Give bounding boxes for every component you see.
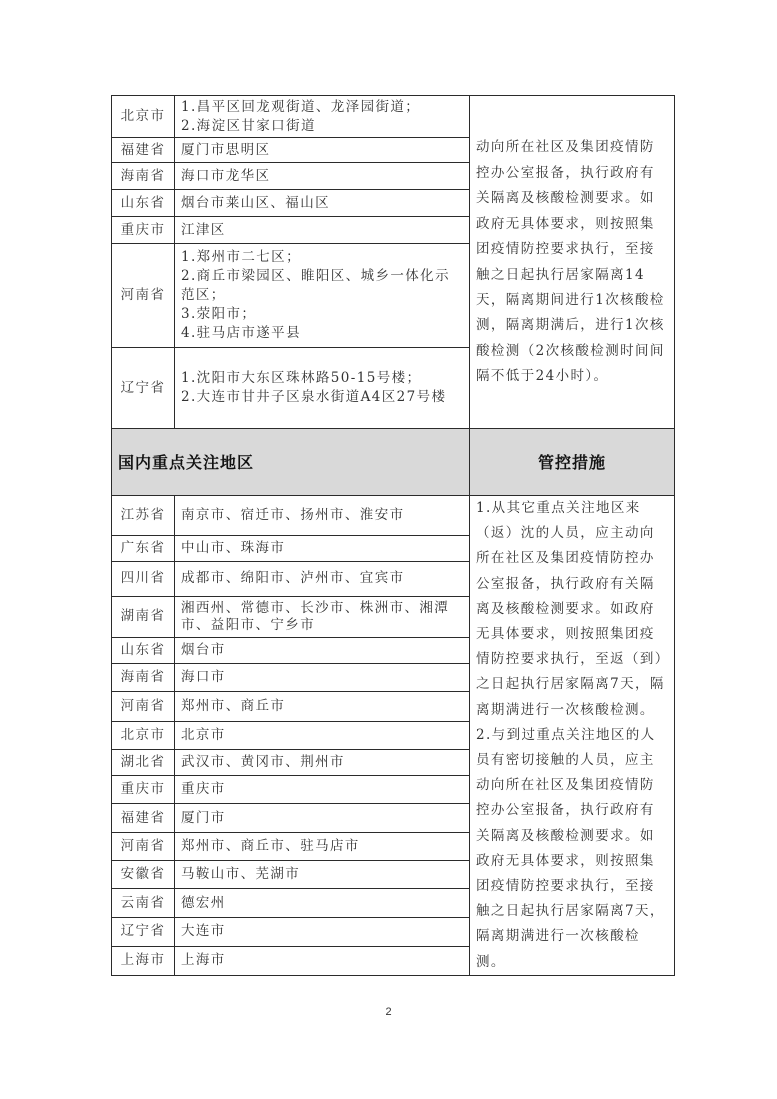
- province-cell: 湖南省: [112, 596, 175, 637]
- areas-cell: 重庆市: [175, 776, 470, 804]
- areas-cell: 烟台市莱山区、福山区: [175, 190, 470, 217]
- areas-cell: 海口市: [175, 664, 470, 691]
- areas-cell: 北京市: [175, 721, 470, 749]
- areas-cell: 南京市、宿迁市、扬州市、淮安市: [175, 496, 470, 536]
- province-cell: 安徽省: [112, 860, 175, 888]
- province-cell: 辽宁省: [112, 348, 175, 429]
- areas-cell: 郑州市、商丘市、驻马店市: [175, 832, 470, 860]
- control-measures-cell: 1.从其它重点关注地区来（返）沈的人员，应主动向所在社区及集团疫情防控办公室报备…: [470, 496, 675, 976]
- province-cell: 四川省: [112, 561, 175, 596]
- control-areas-table: 北京市 1.昌平区回龙观街道、龙泽园街道； 2.海淀区甘家口街道 动向所在社区及…: [111, 95, 675, 976]
- province-cell: 海南省: [112, 163, 175, 190]
- areas-cell: 武汉市、黄冈市、荆州市: [175, 749, 470, 775]
- areas-header: 国内重点关注地区: [112, 429, 470, 496]
- areas-cell: 江津区: [175, 217, 470, 244]
- province-cell: 海南省: [112, 664, 175, 691]
- areas-cell: 1.昌平区回龙观街道、龙泽园街道； 2.海淀区甘家口街道: [175, 96, 470, 138]
- areas-cell: 1.郑州市二七区； 2.商丘市梁园区、睢阳区、城乡一体化示范区； 3.荥阳市； …: [175, 244, 470, 348]
- areas-cell: 德宏州: [175, 889, 470, 918]
- areas-cell: 中山市、珠海市: [175, 536, 470, 561]
- province-cell: 山东省: [112, 638, 175, 664]
- province-cell: 河南省: [112, 691, 175, 721]
- province-cell: 河南省: [112, 244, 175, 348]
- areas-cell: 郑州市、商丘市: [175, 691, 470, 721]
- areas-cell: 上海市: [175, 946, 470, 975]
- province-cell: 湖北省: [112, 749, 175, 775]
- areas-cell: 烟台市: [175, 638, 470, 664]
- areas-cell: 海口市龙华区: [175, 163, 470, 190]
- areas-cell: 大连市: [175, 918, 470, 946]
- province-cell: 重庆市: [112, 217, 175, 244]
- province-cell: 上海市: [112, 946, 175, 975]
- areas-cell: 厦门市: [175, 804, 470, 832]
- province-cell: 河南省: [112, 832, 175, 860]
- province-cell: 江苏省: [112, 496, 175, 536]
- measure-item: 1.从其它重点关注地区来（返）沈的人员，应主动向所在社区及集团疫情防控办公室报备…: [476, 496, 668, 723]
- areas-cell: 成都市、绵阳市、泸州市、宜宾市: [175, 561, 470, 596]
- section-header-row: 国内重点关注地区 管控措施: [112, 429, 675, 496]
- areas-cell: 马鞍山市、芜湖市: [175, 860, 470, 888]
- measure-item: 2.与到过重点关注地区的人员有密切接触的人员，应主动向所在社区及集团疫情防控办公…: [476, 723, 668, 975]
- province-cell: 福建省: [112, 138, 175, 163]
- province-cell: 北京市: [112, 721, 175, 749]
- areas-cell: 1.沈阳市大东区珠林路50-15号楼； 2.大连市甘井子区泉水街道A4区27号楼: [175, 348, 470, 429]
- province-cell: 北京市: [112, 96, 175, 138]
- province-cell: 云南省: [112, 889, 175, 918]
- document-page: 北京市 1.昌平区回龙观街道、龙泽园街道； 2.海淀区甘家口街道 动向所在社区及…: [0, 0, 777, 1099]
- areas-cell: 湘西州、常德市、长沙市、株洲市、湘潭市、益阳市、宁乡市: [175, 596, 470, 637]
- control-measures-cell: 动向所在社区及集团疫情防控办公室报备，执行政府有关隔离及核酸检测要求。如政府无具…: [470, 96, 675, 429]
- province-cell: 辽宁省: [112, 918, 175, 946]
- province-cell: 山东省: [112, 190, 175, 217]
- measures-header: 管控措施: [470, 429, 675, 496]
- table-row: 江苏省 南京市、宿迁市、扬州市、淮安市 1.从其它重点关注地区来（返）沈的人员，…: [112, 496, 675, 536]
- province-cell: 广东省: [112, 536, 175, 561]
- province-cell: 重庆市: [112, 776, 175, 804]
- table-row: 北京市 1.昌平区回龙观街道、龙泽园街道； 2.海淀区甘家口街道 动向所在社区及…: [112, 96, 675, 138]
- province-cell: 福建省: [112, 804, 175, 832]
- areas-cell: 厦门市思明区: [175, 138, 470, 163]
- page-number: 2: [0, 1006, 777, 1018]
